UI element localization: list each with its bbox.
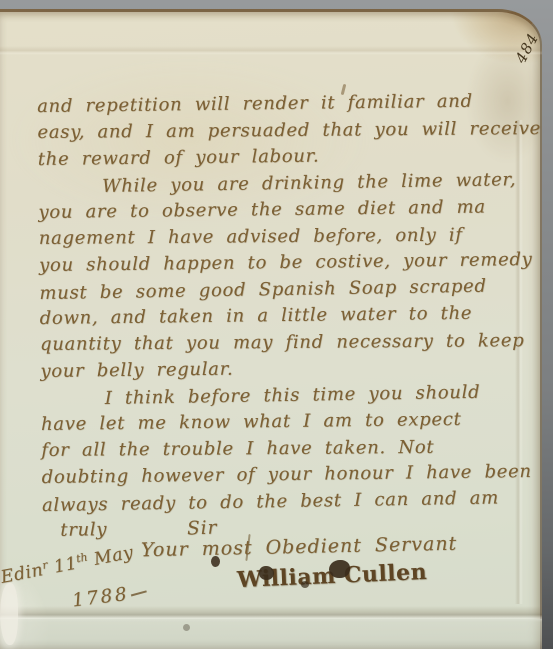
ink-blot xyxy=(183,624,190,631)
worn-patch xyxy=(0,583,18,645)
ink-blot xyxy=(259,566,274,580)
dateline-place-suffix: r xyxy=(41,558,49,572)
pen-flourish xyxy=(131,590,147,596)
ink-blot xyxy=(301,581,309,588)
letter-line: and repetition will render it familiar a… xyxy=(37,88,519,120)
letter-line: easy, and I am persuaded that you will r… xyxy=(37,116,519,146)
dateline-day-suffix: th xyxy=(75,550,89,565)
letter-line: quantity that you may find necessary to … xyxy=(40,328,522,358)
letter-line: for all the trouble I have taken. Not xyxy=(41,434,523,464)
letter-body: and repetition will render it familiar a… xyxy=(37,88,524,544)
ink-blot xyxy=(211,556,220,567)
letter-line: nagement I have advised before, only if xyxy=(39,222,521,252)
photo-background: 484 and repetition will render it famili… xyxy=(0,0,553,649)
closing-address: Sir xyxy=(187,517,218,539)
ink-blot xyxy=(329,560,350,578)
page-fold-band xyxy=(0,619,542,649)
